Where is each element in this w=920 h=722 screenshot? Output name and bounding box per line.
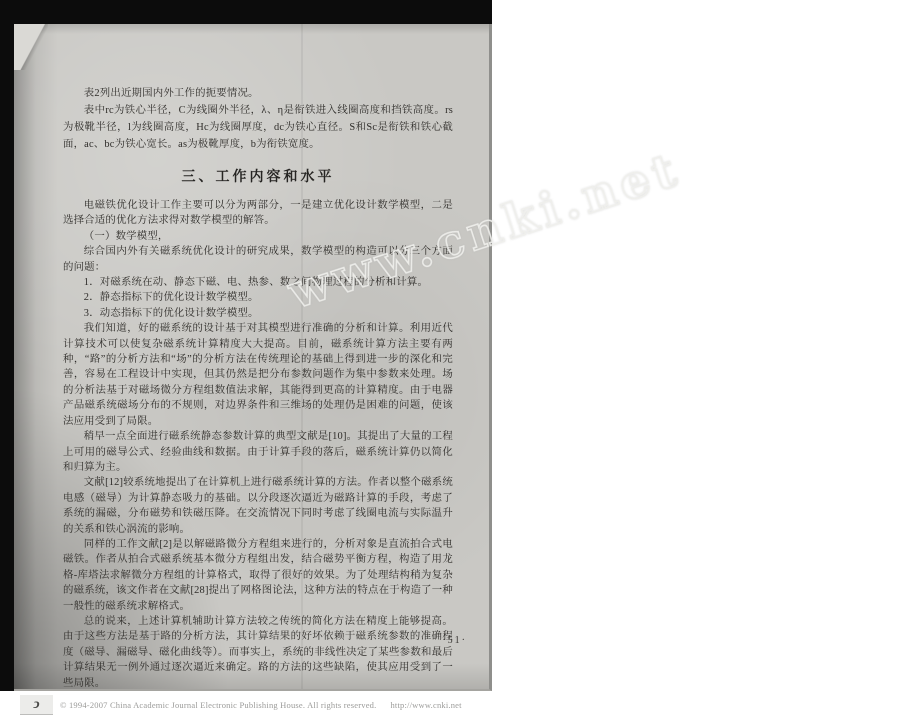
copyright-notice: © 1994-2007 China Academic Journal Elect… xyxy=(60,700,376,710)
intro-paragraph: 表中rc为铁心半径，C为线圈外半径，λ、η是衔铁进入线圈高度和挡铁高度。rs为极… xyxy=(63,102,453,153)
body-paragraph: 综合国内外有关磁系统优化设计的研究成果，数学模型的构造可以分三个方面的问题： xyxy=(63,244,453,275)
section-heading: 三、工作内容和水平 xyxy=(63,166,453,186)
article-content: 表2列出近期国内外工作的扼要情况。表中rc为铁心半径，C为线圈外半径，λ、η是衔… xyxy=(63,85,453,691)
body-paragraph: 总的说来，上述计算机辅助计算方法较之传统的简化方法在精度上能够提高。由于这些方法… xyxy=(63,614,453,691)
footer-text: © 1994-2007 China Academic Journal Elect… xyxy=(60,700,462,710)
body-paragraph: 3．动态指标下的优化设计数学模型。 xyxy=(63,306,453,321)
cnki-logo-glyph: ↄ xyxy=(33,698,39,712)
cnki-logo-icon: ↄ xyxy=(20,695,53,715)
body-paragraph: 稍早一点全面进行磁系统静态参数计算的典型文献是[10]。其提出了大量的工程上可用… xyxy=(63,429,453,475)
body-paragraph: 同样的工作文献[2]是以解磁路微分方程组来进行的，分析对象是直流拍合式电磁铁。作… xyxy=(63,537,453,614)
body-paragraph: 文献[12]较系统地提出了在计算机上进行磁系统计算的方法。作者以整个磁系统电感（… xyxy=(63,475,453,537)
cnki-url: http://www.cnki.net xyxy=(390,700,461,710)
scanned-paper: 表2列出近期国内外工作的扼要情况。表中rc为铁心半径，C为线圈外半径，λ、η是衔… xyxy=(14,24,492,691)
footer-bar: ↄ © 1994-2007 China Academic Journal Ele… xyxy=(0,691,920,722)
page-number: ·51· xyxy=(442,635,467,646)
intro-paragraph: 表2列出近期国内外工作的扼要情况。 xyxy=(63,85,453,102)
scanned-page-view: 表2列出近期国内外工作的扼要情况。表中rc为铁心半径，C为线圈外半径，λ、η是衔… xyxy=(0,0,920,722)
body-paragraph: 1．对磁系统在动、静态下磁、电、热参、数之间物理过程的分析和计算。 xyxy=(63,275,453,290)
body-paragraph: （一）数学模型， xyxy=(63,229,453,244)
table-caption-block: 表2列出近期国内外工作的扼要情况。表中rc为铁心半径，C为线圈外半径，λ、η是衔… xyxy=(63,85,453,153)
body-paragraph: 2．静态指标下的优化设计数学模型。 xyxy=(63,290,453,305)
body-paragraph: 我们知道，好的磁系统的设计基于对其模型进行准确的分析和计算。利用近代计算技术可以… xyxy=(63,321,453,429)
body-paragraphs: 电磁铁优化设计工作主要可以分为两部分，一是建立优化设计数学模型，二是选择合适的优… xyxy=(63,198,453,691)
body-paragraph: 电磁铁优化设计工作主要可以分为两部分，一是建立优化设计数学模型，二是选择合适的优… xyxy=(63,198,453,229)
